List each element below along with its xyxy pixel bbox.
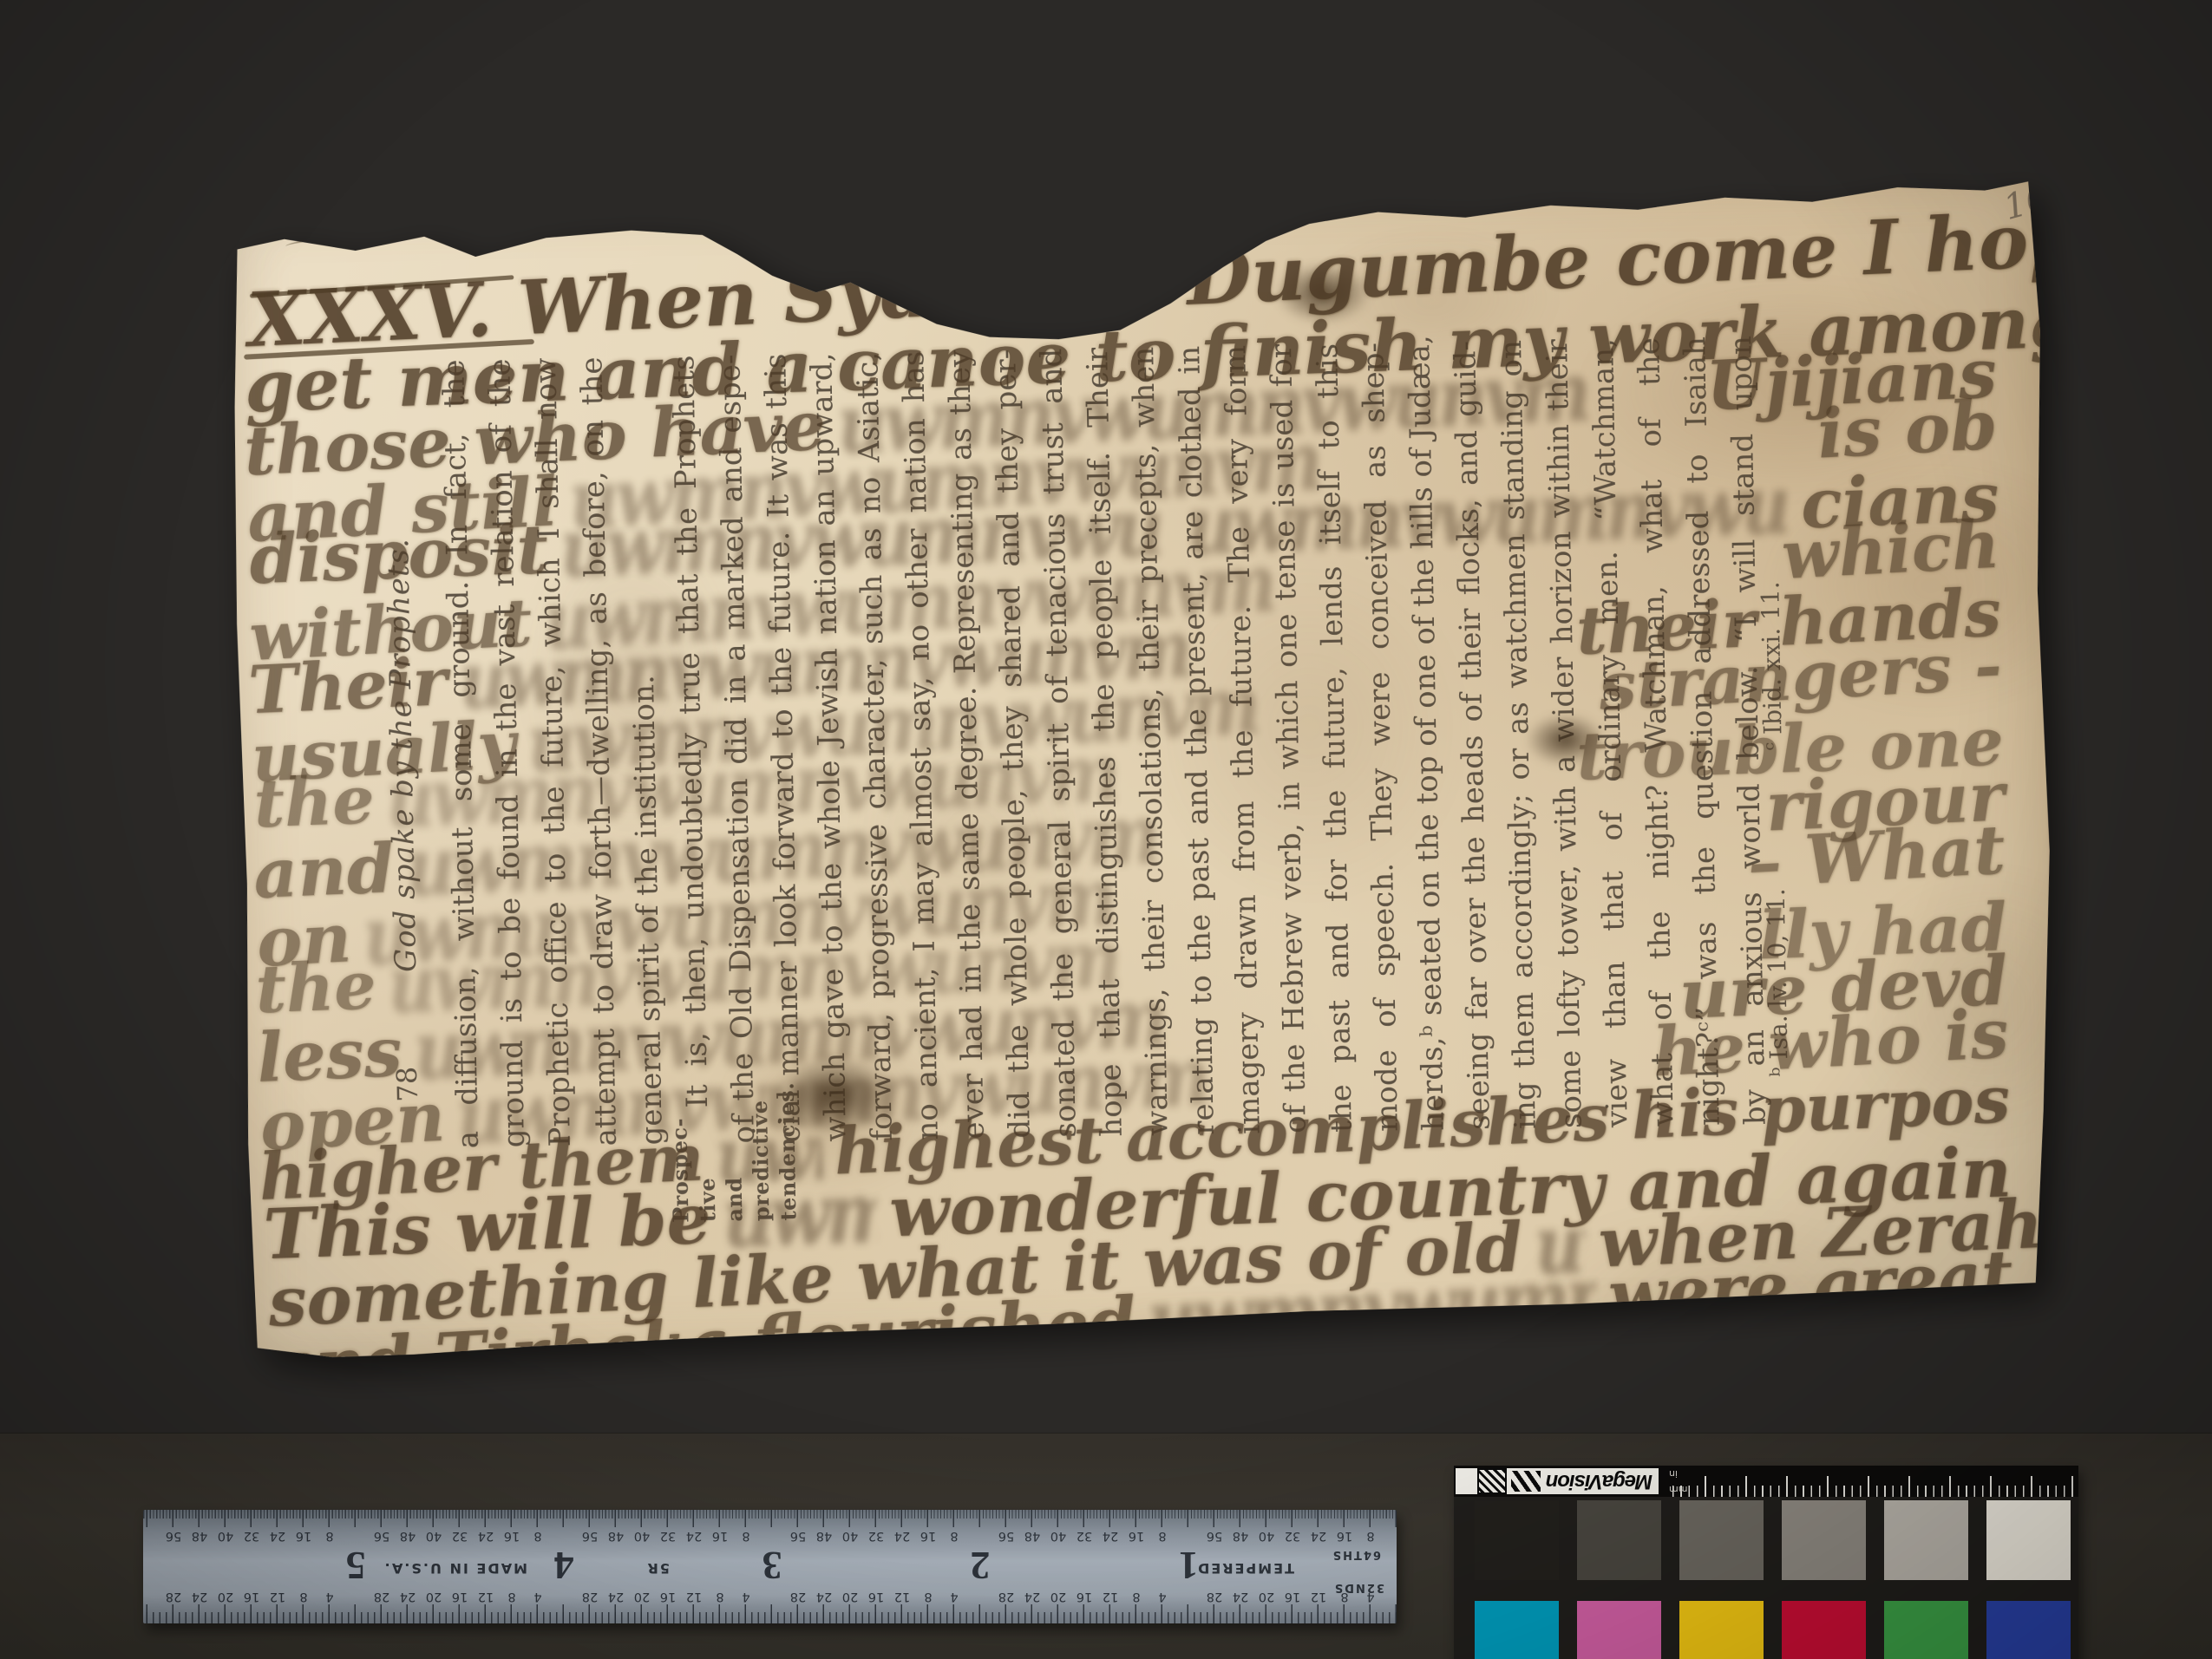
card-unit-in: in [1669, 1468, 1678, 1479]
ruler-inch-numeral: 5 [346, 1543, 366, 1589]
ruler-32nds-label: 28 [998, 1590, 1014, 1603]
ruler-64ths-label: 56 [998, 1529, 1014, 1543]
ruler-64ths-label: 48 [400, 1529, 416, 1543]
ruler-tempered-label: TEMPERED [1196, 1560, 1294, 1577]
ruler-64ths-label: 48 [1233, 1529, 1248, 1543]
ruler-64ths-label: 16 [1337, 1529, 1352, 1543]
gray-patch [1679, 1500, 1764, 1580]
ruler-32nds-label: 16 [452, 1590, 468, 1603]
ruler-32nds-label: 8 [716, 1590, 723, 1603]
logo-stripes-icon [1511, 1471, 1541, 1492]
ruler-inch-numeral: 1 [1179, 1543, 1199, 1589]
ruler-32nds-label: 8 [924, 1590, 932, 1603]
ruler-64ths-label: 16 [712, 1529, 728, 1543]
ruler-32nds-label: 16 [660, 1590, 676, 1603]
megavision-logo-text: MegaVision [1547, 1469, 1652, 1493]
ruler-64ths-label: 16 [504, 1529, 520, 1543]
ruler-64ths-label: 56 [1207, 1529, 1222, 1543]
gray-patch [1782, 1500, 1866, 1580]
ruler-32nds-label: 24 [1024, 1590, 1040, 1603]
ruler-32nds-label: 4 [325, 1590, 333, 1603]
ruler-64ths-label: 24 [478, 1529, 494, 1543]
ruler-inch-numeral: 4 [554, 1543, 574, 1589]
ruler-32nds-label: 16 [868, 1590, 884, 1603]
color-patch [1884, 1601, 1968, 1659]
ruler-32nds-label: 12 [1103, 1590, 1118, 1603]
card-unit-mm: mm [1669, 1484, 1687, 1495]
ruler-32nds-label: 28 [790, 1590, 806, 1603]
ruler-32nds-label: 28 [1207, 1590, 1222, 1603]
ruler-64ths-label: 56 [374, 1529, 389, 1543]
ruler-32nds-label: 20 [842, 1590, 858, 1603]
ruler-64ths-label: 16 [296, 1529, 311, 1543]
ruler-32nds-label: 12 [894, 1590, 910, 1603]
ruler-64ths-label: 48 [1024, 1529, 1040, 1543]
color-patch [1679, 1601, 1764, 1659]
ruler-32nds-label: 20 [634, 1590, 650, 1603]
ruler-64ths-label: 40 [1259, 1529, 1274, 1543]
ruler-64ths-label: 48 [608, 1529, 624, 1543]
paper-surface: 78 God spake by the Prophets. a diffusio… [224, 167, 2062, 1367]
photograph-stage: 78 God spake by the Prophets. a diffusio… [0, 0, 2212, 1659]
ruler-64ths-label: 48 [816, 1529, 832, 1543]
ruler-made-in-label: MADE IN U.S.A. [383, 1560, 527, 1577]
ruler-64ths-label: 32 [660, 1529, 676, 1543]
color-card-scale-strip-face: mm in MegaVision [1454, 1466, 2078, 1497]
ruler-64ths-label: 24 [686, 1529, 702, 1543]
ruler-64ths-label: 40 [218, 1529, 233, 1543]
ruler-64ths-label: 8 [1158, 1529, 1166, 1543]
ruler: 32NDS 64THS TEMPERED 5R MADE IN U.S.A. 1… [143, 1510, 1397, 1623]
color-patch [1577, 1601, 1661, 1659]
ruler-ticks-32nds [143, 1612, 1397, 1623]
ruler-64ths-label: 56 [582, 1529, 598, 1543]
ruler-32nds-label: 28 [374, 1590, 389, 1603]
ruler-64ths-label: 56 [790, 1529, 806, 1543]
ruler-64ths-label: 40 [634, 1529, 650, 1543]
ruler-64ths-label: 32 [1077, 1529, 1092, 1543]
ruler-32nds-label: 8 [507, 1590, 515, 1603]
ruler-32nds-label: 20 [426, 1590, 442, 1603]
card-mm-ticks [1666, 1486, 2073, 1497]
ruler-32nds-label: 20 [1050, 1590, 1066, 1603]
ruler-64ths-label: 40 [426, 1529, 442, 1543]
ruler-64ths-label: 16 [920, 1529, 936, 1543]
ruler-32nds-label: 28 [582, 1590, 598, 1603]
ruler-64ths-label: 32 [244, 1529, 259, 1543]
handwriting-layer: XXXV. When Syde and Dugumbe come I hope … [224, 167, 2062, 1367]
ruler-model-label: 5R [646, 1560, 670, 1577]
color-card: mm in MegaVision [1454, 1466, 2078, 1659]
ruler-64ths-label: 48 [192, 1529, 207, 1543]
ruler-32nds-label: 20 [1259, 1590, 1274, 1603]
ruler-32nds-label: 4 [742, 1590, 749, 1603]
gray-patch [1577, 1500, 1661, 1580]
ruler-64ths-label: 8 [325, 1529, 333, 1543]
ruler-64ths-label: 32 [868, 1529, 884, 1543]
ruler-64ths-label: 8 [533, 1529, 541, 1543]
ruler-32nds-label: 12 [686, 1590, 702, 1603]
ruler-face: 32NDS 64THS TEMPERED 5R MADE IN U.S.A. 1… [143, 1510, 1397, 1623]
ruler-32nds-label: 24 [816, 1590, 832, 1603]
ruler-32nds-label: 24 [400, 1590, 416, 1603]
ruler-64ths-label: 24 [1311, 1529, 1326, 1543]
ruler-32nds-label: 8 [299, 1590, 307, 1603]
ruler-32nds-label: 8 [1132, 1590, 1140, 1603]
ruler-64ths-label: 32 [452, 1529, 468, 1543]
color-patch [1782, 1601, 1866, 1659]
gray-patch [1884, 1500, 1968, 1580]
ruler-ticks-64ths [143, 1510, 1397, 1519]
ruler-32nds-label: 28 [166, 1590, 181, 1603]
ruler-64ths-label: 24 [1103, 1529, 1118, 1543]
ruler-64ths-label: 32 [1285, 1529, 1300, 1543]
color-card-scale-strip: mm in MegaVision [1454, 1466, 2078, 1497]
ruler-64ths-label: 40 [842, 1529, 858, 1543]
ruler-32nds-label: 4 [533, 1590, 541, 1603]
ruler-inch-numeral: 3 [762, 1543, 782, 1589]
ruler-32nds-label: 16 [244, 1590, 259, 1603]
ruler-32nds-label: 12 [1311, 1590, 1326, 1603]
color-patch [1475, 1601, 1559, 1659]
ruler-inch-numeral: 2 [971, 1543, 991, 1589]
color-patch [1986, 1601, 2071, 1659]
ruler-64ths-label: 8 [742, 1529, 749, 1543]
gray-patch [1475, 1500, 1559, 1580]
ruler-64ths-label: 8 [950, 1529, 958, 1543]
ruler-64ths-label: 16 [1129, 1529, 1144, 1543]
ruler-32nds-label: 24 [1233, 1590, 1248, 1603]
megavision-logo: MegaVision [1456, 1468, 1659, 1494]
ruler-32nds-label: 8 [1340, 1590, 1348, 1603]
ruler-32nds-label: 16 [1077, 1590, 1092, 1603]
ruler-32nds-label: 20 [218, 1590, 233, 1603]
gray-patch [1986, 1500, 2071, 1580]
ruler-32nds-label: 12 [270, 1590, 285, 1603]
ruler-32nds-label: 16 [1285, 1590, 1300, 1603]
ruler-32nds-label: 4 [950, 1590, 958, 1603]
ruler-64ths-label: 56 [166, 1529, 181, 1543]
ruler-64ths-label: 8 [1366, 1529, 1374, 1543]
ruler-64ths-label: 24 [894, 1529, 910, 1543]
ruler-32nds-label: 24 [608, 1590, 624, 1603]
ruler-32nds-label: 4 [1366, 1590, 1374, 1603]
logo-hatch-icon [1479, 1470, 1505, 1492]
manuscript-leaf: 78 God spake by the Prophets. a diffusio… [224, 167, 2062, 1367]
ruler-32nds-label: 12 [478, 1590, 494, 1603]
ruler-32nds-label: 4 [1158, 1590, 1166, 1603]
ruler-64ths-label: 40 [1050, 1529, 1066, 1543]
ruler-scale-label-64ths: 64THS [1332, 1548, 1381, 1561]
ruler-32nds-label: 24 [192, 1590, 207, 1603]
ruler-64ths-label: 24 [270, 1529, 285, 1543]
